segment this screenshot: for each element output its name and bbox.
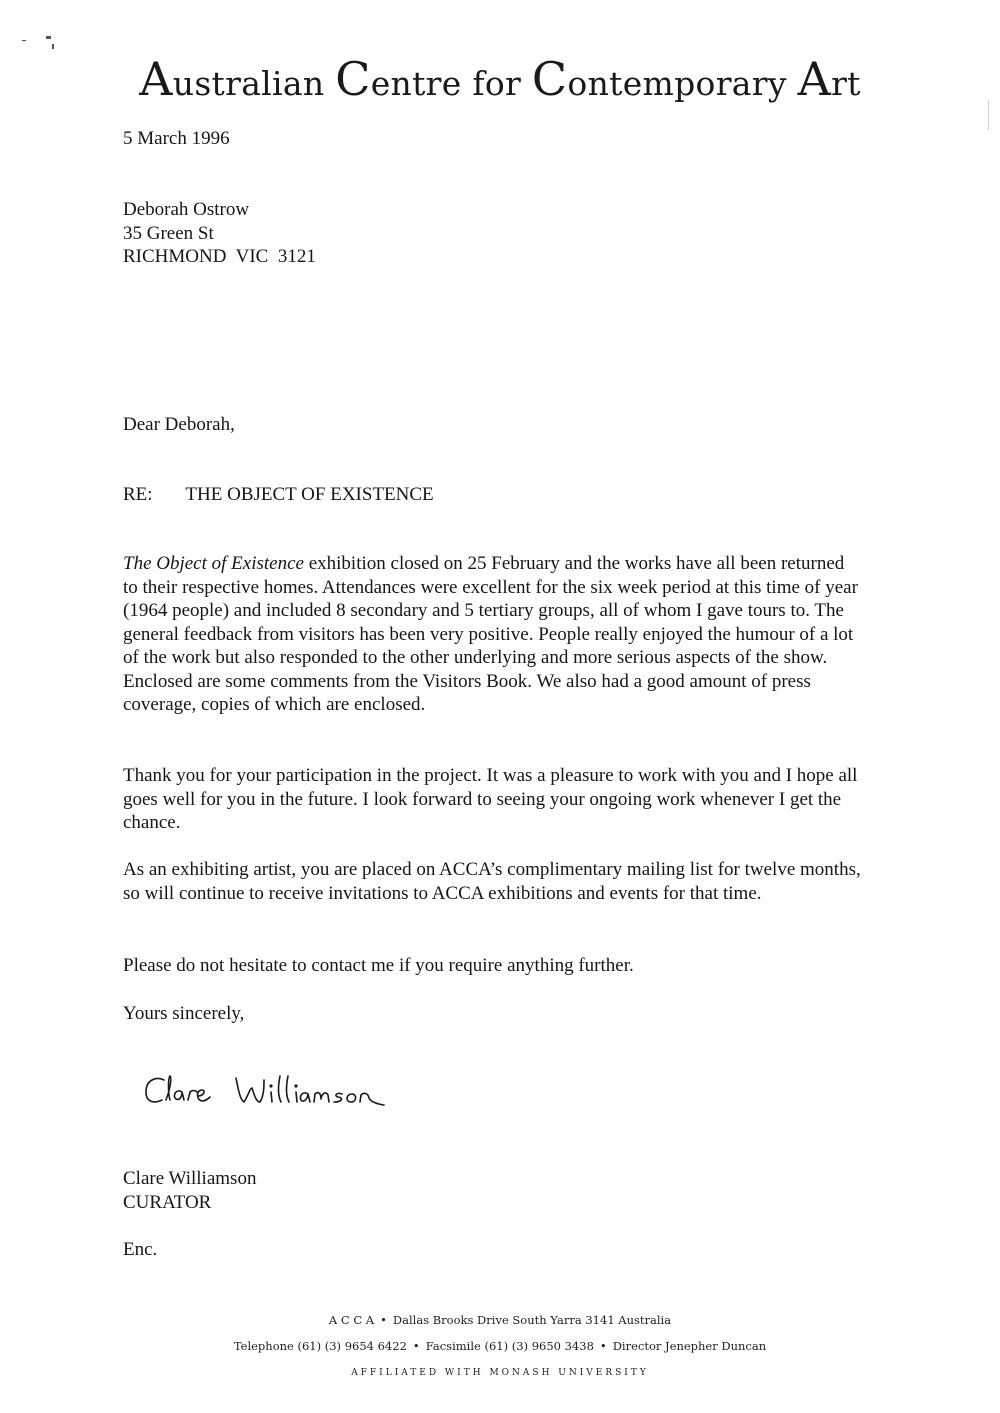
- exhibition-title: The Object of Existence: [123, 553, 304, 574]
- paragraph-exhibition-summary: The Object of Existence exhibition close…: [123, 552, 863, 717]
- recipient-name: Deborah Ostrow: [123, 198, 863, 222]
- paragraph-mailing-list: As an exhibiting artist, you are placed …: [123, 858, 863, 905]
- signature-block: Clare Williamson CURATOR: [123, 1167, 863, 1214]
- recipient-address: Deborah Ostrow 35 Green St RICHMOND VIC …: [123, 198, 863, 269]
- letterhead-word: Centre for: [335, 64, 521, 103]
- bullet-separator: •: [413, 1339, 420, 1353]
- footer-contact: Telephone (61) (3) 9654 6422•Facsimile (…: [0, 1339, 1000, 1353]
- salutation: Dear Deborah,: [123, 413, 863, 437]
- bullet-separator: •: [380, 1313, 387, 1327]
- subject-line: RE: THE OBJECT OF EXISTENCE: [123, 483, 863, 507]
- scan-speck: [52, 44, 54, 49]
- letter-page: Australian Centre for Contemporary Art 5…: [0, 0, 1000, 1413]
- letter-date: 5 March 1996: [123, 127, 863, 151]
- letterhead-word: Australian: [139, 64, 324, 103]
- signer-name: Clare Williamson: [123, 1167, 863, 1191]
- signer-title: CURATOR: [123, 1191, 863, 1215]
- scan-speck: [46, 36, 51, 39]
- closing: Yours sincerely,: [123, 1002, 863, 1026]
- footer-affiliation: AFFILIATED WITH MONASH UNIVERSITY: [0, 1368, 1000, 1378]
- recipient-city: RICHMOND VIC 3121: [123, 245, 863, 269]
- letterhead-word: Art: [798, 64, 861, 103]
- paragraph-contact: Please do not hesitate to contact me if …: [123, 954, 863, 978]
- subject-text: THE OBJECT OF EXISTENCE: [185, 484, 433, 505]
- handwritten-signature: Clare Williamson: [140, 1066, 440, 1116]
- scan-speck: [22, 40, 26, 41]
- enclosure-note: Enc.: [123, 1238, 863, 1262]
- letterhead-organization: Australian Centre for Contemporary Art: [0, 52, 1000, 106]
- bullet-separator: •: [600, 1339, 607, 1353]
- subject-label: RE:: [123, 483, 181, 507]
- footer-address: A C C A•Dallas Brooks Drive South Yarra …: [0, 1313, 1000, 1327]
- letterhead-word: Contemporary: [532, 64, 787, 103]
- recipient-street: 35 Green St: [123, 222, 863, 246]
- paragraph-thanks: Thank you for your participation in the …: [123, 764, 863, 835]
